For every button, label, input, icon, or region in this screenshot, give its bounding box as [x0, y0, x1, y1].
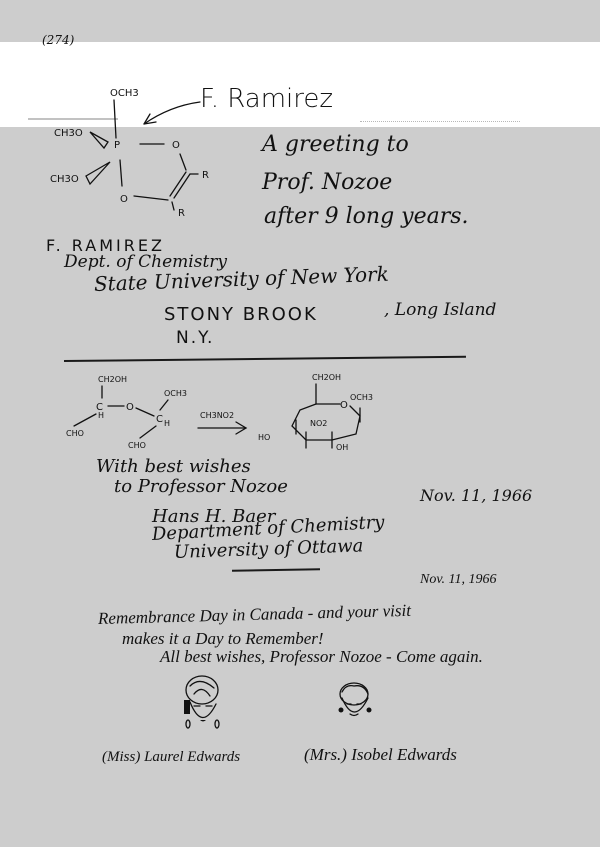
label-o-ring-bottom: O — [120, 194, 128, 205]
page-number: (274) — [42, 34, 74, 46]
edwards-line-1: Remembrance Day in Canada - and your vis… — [98, 602, 411, 627]
label-product-och3: OCH3 — [350, 393, 373, 402]
label-h2: H — [164, 419, 170, 428]
label-r-bottom: R — [178, 208, 185, 219]
label-ring-o: O — [340, 400, 348, 411]
label-reagent: CH3NO2 — [200, 411, 234, 420]
label-o-bridge: O — [126, 402, 134, 413]
label-oh: OH — [336, 443, 348, 452]
greeting-line-2: Prof. Nozoe — [262, 172, 392, 194]
label-ho: HO — [258, 433, 270, 442]
address-island: , Long Island — [384, 302, 496, 319]
label-ch2oh: CH2OH — [98, 375, 127, 384]
signature-isobel: (Mrs.) Isobel Edwards — [304, 746, 457, 763]
label-ch3o-lower: CH3O — [50, 174, 79, 185]
signature-laurel: (Miss) Laurel Edwards — [102, 750, 240, 765]
edwards-line-2: makes it a Day to Remember! — [122, 630, 324, 647]
address-city: STONY BROOK — [164, 306, 318, 324]
label-c2: C — [156, 414, 163, 425]
baer-line-1: With best wishes — [96, 458, 251, 476]
portrait-sketch-isobel — [332, 680, 378, 730]
signature-underline — [232, 568, 320, 571]
baer-line-2: to Professor Nozoe — [114, 478, 288, 496]
edwards-date: Nov. 11, 1966 — [420, 573, 496, 587]
baer-signature-univ: University of Ottawa — [174, 537, 364, 562]
label-phosphorus: P — [114, 140, 120, 151]
author-label: F. Ramirez — [200, 86, 333, 112]
edwards-line-3: All best wishes, Professor Nozoe - Come … — [160, 648, 483, 665]
divider-line — [64, 356, 466, 362]
greeting-line-1: A greeting to — [262, 134, 409, 156]
baer-date: Nov. 11, 1966 — [420, 488, 532, 504]
label-o-ring-top: O — [172, 140, 180, 151]
label-ch3o-upper: CH3O — [54, 128, 83, 139]
address-state: N.Y. — [176, 330, 214, 347]
label-no2: NO2 — [310, 419, 327, 428]
reaction-scheme: CH2OH C H O OCH3 C H CHO CHO CH3NO2 CH2O… — [60, 370, 380, 460]
label-och3: OCH3 — [164, 389, 187, 398]
label-product-ch2oh: CH2OH — [312, 373, 341, 382]
label-och3-top: OCH3 — [110, 88, 139, 99]
label-cho-left: CHO — [66, 429, 84, 438]
greeting-line-3: after 9 long years. — [264, 206, 469, 228]
label-h1: H — [98, 411, 104, 420]
scan-dots — [360, 121, 520, 123]
label-cho-bottom: CHO — [128, 441, 146, 450]
portrait-sketch-laurel — [176, 674, 226, 738]
label-r-right: R — [202, 170, 209, 181]
